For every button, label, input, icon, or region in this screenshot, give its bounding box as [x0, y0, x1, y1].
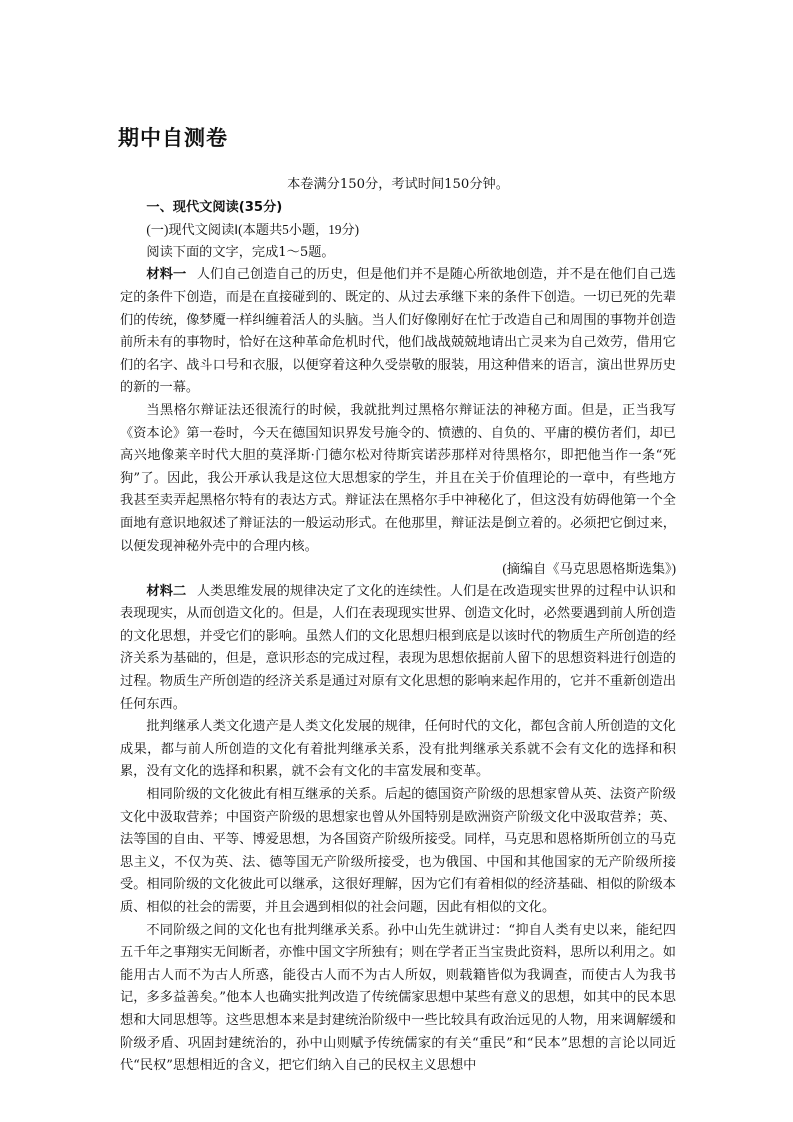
source-citation: (摘编自《马克思恩格斯选集》) [120, 558, 676, 581]
paragraph-text: 人类思维发展的规律决定了文化的连续性。人们是在改造现实世界的过程中认识和表现现实… [120, 584, 676, 712]
page-title: 期中自测卷 [118, 122, 228, 152]
material-one-paragraph: 材料一人们自己创造自己的历史，但是他们并不是随心所欲地创造，并不是在他们自己选定… [120, 264, 676, 400]
paragraph-text: 人们自己创造自己的历史，但是他们并不是随心所欲地创造，并不是在他们自己选定的条件… [120, 267, 676, 395]
material-one-label: 材料一 [146, 267, 186, 282]
exam-info: 本卷满分150分，考试时间150分钟。 [120, 174, 676, 197]
material-two-paragraph: 材料二人类思维发展的规律决定了文化的连续性。人们是在改造现实世界的过程中认识和表… [120, 581, 676, 717]
document-body: 本卷满分150分，考试时间150分钟。 一、现代文阅读(35分) (一)现代文阅… [120, 174, 676, 1078]
exam-page: 期中自测卷 本卷满分150分，考试时间150分钟。 一、现代文阅读(35分) (… [0, 0, 793, 1122]
material-two-label: 材料二 [146, 584, 186, 599]
section-heading: 一、现代文阅读(35分) [120, 197, 676, 220]
material-one-paragraph: 当黑格尔辩证法还很流行的时候，我就批判过黑格尔辩证法的神秘方面。但是，正当我写《… [120, 400, 676, 558]
material-two-paragraph: 相同阶级的文化彼此有相互继承的关系。后起的德国资产阶级的思想家曾从英、法资产阶级… [120, 784, 676, 920]
subsection-heading: (一)现代文阅读Ⅰ(本题共5小题，19分) [120, 219, 676, 242]
material-two-paragraph: 不同阶级之间的文化也有批判继承关系。孙中山先生就讲过：“抑自人类有史以来，能纪四… [120, 920, 676, 1078]
reading-instruction: 阅读下面的文字，完成1～5题。 [120, 242, 676, 265]
material-two-paragraph: 批判继承人类文化遗产是人类文化发展的规律，任何时代的文化，都包含前人所创造的文化… [120, 716, 676, 784]
